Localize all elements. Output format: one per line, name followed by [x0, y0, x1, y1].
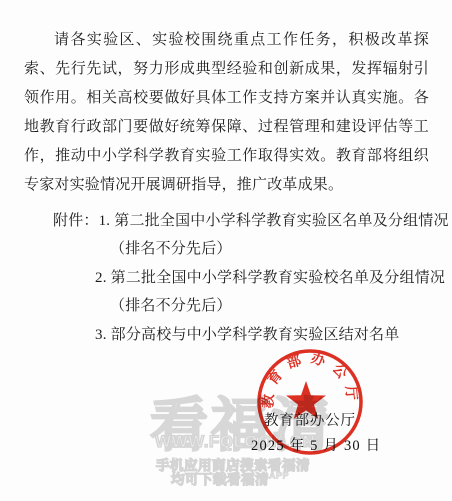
- official-seal-stamp: 教育部办公厅: [254, 346, 366, 458]
- star-icon: [286, 381, 326, 419]
- attachment-item-2: 2.第二批全国中小学科学教育实验校名单及分组情况: [95, 264, 433, 292]
- attachment-item-2-note: （排名不分先后）: [110, 292, 433, 320]
- attachment-item-2-number: 2.: [95, 270, 107, 286]
- attachment-item-2-title: 第二批全国中小学科学教育实验校名单及分组情况: [111, 270, 445, 286]
- attachment-item-1-title: 第二批全国中小学科学教育实验区名单及分组情况: [114, 213, 448, 229]
- attachment-item-3: 3.部分高校与中小学科学教育实验区结对名单: [95, 321, 433, 349]
- attachment-item-1-note: （排名不分先后）: [110, 235, 433, 263]
- attachment-item-3-number: 3.: [95, 327, 107, 343]
- attachment-item-3-title: 部分高校与中小学科学教育实验区结对名单: [111, 327, 400, 343]
- attachments-label: 附件：: [53, 213, 99, 229]
- watermark-tagline-2: 均可下载看福清APP: [171, 468, 289, 488]
- attachment-item-1: 附件：1.第二批全国中小学科学教育实验区名单及分组情况: [53, 207, 433, 235]
- watermark-app-suffix: APP: [269, 471, 289, 481]
- attachment-item-1-number: 1.: [99, 213, 111, 229]
- attachments-block: 附件：1.第二批全国中小学科学教育实验区名单及分组情况 （排名不分先后） 2.第…: [53, 207, 433, 349]
- watermark-tagline-2-text: 均可下载看福清: [171, 472, 269, 487]
- body-paragraph: 请各实验区、实验校围绕重点工作任务，积极改革探索、先行先试，努力形成典型经验和创…: [24, 26, 429, 200]
- document-page: 看福清 WWW.FQLOOK.CN 手机应用商店搜索看福清 均可下载看福清APP…: [0, 0, 452, 501]
